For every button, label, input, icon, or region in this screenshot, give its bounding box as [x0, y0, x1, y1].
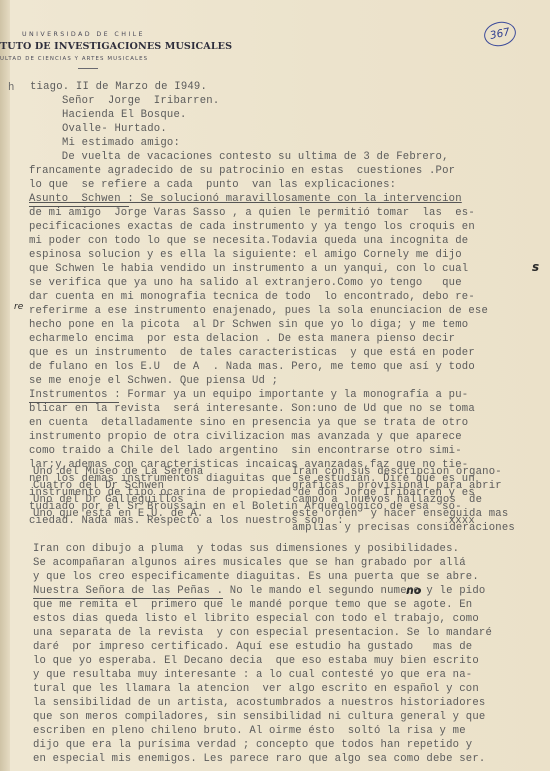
body-line: lo que se refiere a cada punto van las e… — [29, 179, 396, 191]
letterhead-rule — [78, 68, 98, 69]
address-line: Hacienda El Bosque. — [62, 109, 187, 121]
body-line-asunto-schwen: Asunto Schwen : Se solucionó maravillosa… — [29, 193, 462, 205]
underline-asunto — [29, 206, 129, 207]
instrument-list-item: Uno del Dr Galleguillos — [33, 494, 184, 506]
body-line: que es un instrumento de tales caracteri… — [29, 347, 475, 359]
body-line: De vuelta de vacaciones contesto su ulti… — [29, 151, 449, 163]
address-line: Ovalle- Hurtado. — [62, 123, 167, 135]
closing-line: Iran con dibujo a pluma y todas sus dime… — [33, 543, 459, 555]
body-line: echarmelo encima por esta delacion . De … — [29, 333, 455, 345]
body-line: que Schwen le habia vendido un instrumen… — [29, 263, 468, 275]
closing-line: escriben en pleno chileno bruto. Al oirm… — [33, 725, 466, 737]
body-line: francamente agradecido de su patrocinio … — [29, 165, 455, 177]
instrument-list-item: Cuatro del Dr Schwen — [33, 480, 164, 492]
instrument-note-line: este orden y hacer enseguida mas — [292, 508, 508, 520]
instrument-note-line: amplias y precisas consideraciones — [292, 522, 515, 534]
instrument-list-item: Uno del Museo de La Serena — [33, 466, 204, 478]
body-line: dar cuenta en mi monografia tecnica de t… — [29, 291, 475, 303]
body-line: pecificaciones exactas de cada instrumen… — [29, 221, 475, 233]
letterhead-institute: TUTO DE INVESTIGACIONES MUSICALES — [0, 41, 232, 52]
body-line: se verifica que ya uno ha salido al extr… — [29, 277, 462, 289]
body-line: en cuenta detalladamente sino en presenc… — [29, 417, 468, 429]
address-line: Señor Jorge Iribarren. — [62, 95, 219, 107]
salutation: Mi estimado amigo: — [62, 137, 180, 149]
body-line: blicar en la revista será interesante. S… — [29, 403, 475, 415]
margin-fragment: h — [8, 82, 14, 94]
handwritten-mark: no — [406, 584, 421, 597]
letterhead-faculty: ULTAD DE CIENCIAS Y ARTES MUSICALES — [0, 56, 148, 62]
body-line: se me enoje el Schwen. Que piensa Ud ; — [29, 375, 278, 387]
body-line: instrumento propio de otra civilizacion … — [29, 431, 462, 443]
underline-nuestra-senora — [33, 598, 223, 599]
closing-line: tural que les llamara la atencion ver al… — [33, 683, 479, 695]
folio-number-stamp: 367 — [482, 19, 518, 49]
date-line: tiago. II de Marzo de I949. — [30, 81, 207, 93]
body-line: hecho pone en la picota al Dr Schwen sin… — [29, 319, 468, 331]
closing-line: estos dias queda listo el librito especi… — [33, 613, 479, 625]
closing-line: y que resultaba muy interesante : a lo c… — [33, 669, 472, 681]
closing-line: que son meros compiladores, sin sensibil… — [33, 711, 485, 723]
body-line: referirme a ese instrumento enajenado, p… — [29, 305, 488, 317]
body-line: de mi amigo Jorge Varas Sasso , a quien … — [29, 207, 475, 219]
paper-edge — [0, 0, 10, 771]
underline-instrumentos — [29, 402, 119, 403]
closing-line: daré por impreso certificado. Aquí ese e… — [33, 641, 472, 653]
handwritten-mark: s — [532, 260, 539, 274]
closing-line: una separata de la revista y con especia… — [33, 627, 492, 639]
closing-line: dijo que era la purísima verdad ; concep… — [33, 739, 472, 751]
closing-line: en especial mis enemigos. Les parece rar… — [33, 753, 485, 765]
closing-line: Se acompañaran algunos aires musicales q… — [33, 557, 466, 569]
body-line-instrumentos: Instrumentos : Formar ya un equipo impor… — [29, 389, 468, 401]
body-line: mi poder con todo lo que se necesita.Tod… — [29, 235, 468, 247]
letterhead-university: UNIVERSIDAD DE CHILE — [22, 31, 145, 38]
closing-line: lo que yo esperaba. El Decano decia que … — [33, 655, 479, 667]
body-line: como traido a Chile del lado argentino s… — [29, 445, 462, 457]
closing-line: la sensibilidad de un artista, acostumbr… — [33, 697, 485, 709]
letter-page: UNIVERSIDAD DE CHILE TUTO DE INVESTIGACI… — [0, 0, 550, 771]
instrument-note-line: graficas provisional para abrir — [292, 480, 502, 492]
closing-line: y que los creo especificamente diaguitas… — [33, 571, 479, 583]
closing-line: que me remita el primero que le mandé po… — [33, 599, 472, 611]
body-line: de fulano en los E.U de A . Nada mas. Pe… — [29, 361, 475, 373]
handwritten-mark: re — [14, 302, 23, 312]
instrument-note-line: Iran con sus descripcion organo- — [292, 466, 502, 478]
instrument-list-item: Uno que está en E.U. de A. — [33, 508, 204, 520]
body-line: espinosa solucion y es ella la siguiente… — [29, 249, 462, 261]
instrument-note-line: campo a nuevos hallazgos de — [292, 494, 482, 506]
